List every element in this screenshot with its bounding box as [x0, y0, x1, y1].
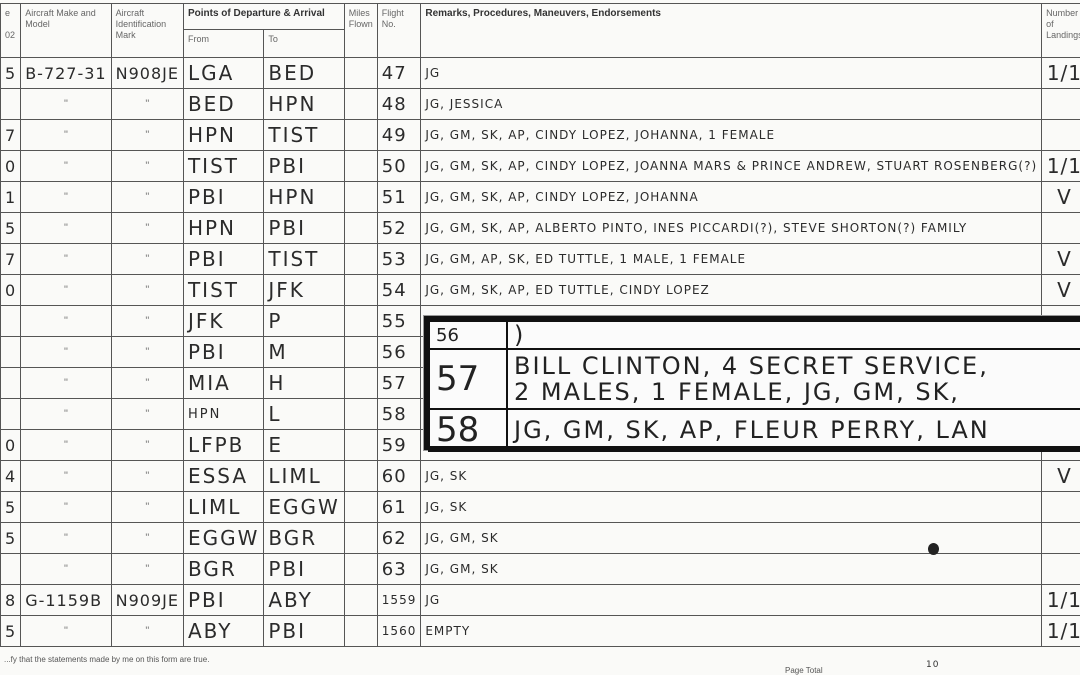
date-cell: 4 — [1, 461, 21, 492]
flight-no-cell: 56 — [377, 337, 421, 368]
date-cell: 1 — [1, 182, 21, 213]
mark-cell: " — [111, 430, 183, 461]
to-cell: HPN — [264, 89, 344, 120]
to-cell: PBI — [264, 616, 344, 647]
remarks-cell: JG, GM, SK, AP, CINDY LOPEZ, JOHANNA, 1 … — [421, 120, 1042, 151]
from-cell: PBI — [183, 585, 263, 616]
date-cell: 5 — [1, 213, 21, 244]
miles-cell — [344, 306, 377, 337]
make-cell: " — [21, 306, 111, 337]
make-cell: " — [21, 461, 111, 492]
landings-cell — [1042, 492, 1080, 523]
to-cell: TIST — [264, 120, 344, 151]
inset-table: 56 ) 57 BILL CLINTON, 4 SECRET SERVICE, … — [428, 320, 1080, 452]
make-cell: " — [21, 368, 111, 399]
log-row: " " BGR PBI 63 JG, GM, SK 3 5 — [1, 554, 1080, 585]
to-cell: H — [264, 368, 344, 399]
mark-cell: N909JE — [111, 585, 183, 616]
miles-cell — [344, 399, 377, 430]
flight-no-cell: 58 — [377, 399, 421, 430]
inset-flight-no: 56 — [429, 321, 507, 349]
aircraft-make-header: Aircraft Make and Model — [21, 4, 111, 58]
flight-no-header: Flight No. — [377, 4, 421, 58]
mark-cell: " — [111, 89, 183, 120]
log-row: 0 " " TIST JFK 54 JG, GM, SK, AP, ED TUT… — [1, 275, 1080, 306]
from-cell: HPN — [183, 120, 263, 151]
log-row: 7 " " PBI TIST 53 JG, GM, AP, SK, ED TUT… — [1, 244, 1080, 275]
page-total-landings: 10 — [926, 660, 939, 670]
flight-no-cell: 47 — [377, 58, 421, 89]
date-cell — [1, 306, 21, 337]
flight-no-cell: 1559 — [377, 585, 421, 616]
mark-cell: " — [111, 275, 183, 306]
landings-cell: V — [1042, 182, 1080, 213]
miles-cell — [344, 275, 377, 306]
landings-cell: V — [1042, 275, 1080, 306]
to-cell: LIML — [264, 461, 344, 492]
landings-header: Number of Landings — [1042, 4, 1080, 58]
landings-cell: 1/1 — [1042, 151, 1080, 182]
date-cell — [1, 399, 21, 430]
make-cell: " — [21, 337, 111, 368]
flight-no-cell: 51 — [377, 182, 421, 213]
inset-remarks: ) — [507, 321, 1080, 349]
miles-cell — [344, 89, 377, 120]
log-row: 0 " " TIST PBI 50 JG, GM, SK, AP, CINDY … — [1, 151, 1080, 182]
make-cell: " — [21, 89, 111, 120]
date-cell: 7 — [1, 244, 21, 275]
remarks-cell: JG, GM, SK — [421, 554, 1042, 585]
inset-row: 57 BILL CLINTON, 4 SECRET SERVICE, 2 MAL… — [429, 349, 1080, 409]
mark-cell: " — [111, 306, 183, 337]
date-cell: 8 — [1, 585, 21, 616]
flight-no-cell: 49 — [377, 120, 421, 151]
from-cell: PBI — [183, 337, 263, 368]
to-header: To — [264, 30, 344, 58]
from-cell: TIST — [183, 275, 263, 306]
log-row: 5 " " HPN PBI 52 JG, GM, SK, AP, ALBERTO… — [1, 213, 1080, 244]
make-cell: " — [21, 244, 111, 275]
make-cell: " — [21, 120, 111, 151]
from-cell: JFK — [183, 306, 263, 337]
remarks-cell: JG, GM, SK — [421, 523, 1042, 554]
make-cell: " — [21, 399, 111, 430]
from-cell: TIST — [183, 151, 263, 182]
landings-cell: 1/1 — [1042, 616, 1080, 647]
miles-cell — [344, 58, 377, 89]
certification-statement: ...fy that the statements made by me on … — [4, 655, 209, 664]
flight-no-cell: 61 — [377, 492, 421, 523]
mark-cell: " — [111, 182, 183, 213]
to-cell: M — [264, 337, 344, 368]
mark-cell: " — [111, 337, 183, 368]
flight-no-cell: 55 — [377, 306, 421, 337]
mark-cell: N908JE — [111, 58, 183, 89]
flight-no-cell: 62 — [377, 523, 421, 554]
date-cell: 7 — [1, 120, 21, 151]
make-cell: " — [21, 275, 111, 306]
date-cell — [1, 368, 21, 399]
miles-cell — [344, 120, 377, 151]
miles-cell — [344, 430, 377, 461]
inset-row: 56 ) — [429, 321, 1080, 349]
flight-no-cell: 52 — [377, 213, 421, 244]
landings-cell: 1/1 — [1042, 585, 1080, 616]
date-header: e02 — [1, 4, 21, 58]
from-cell: ABY — [183, 616, 263, 647]
miles-cell — [344, 492, 377, 523]
inset-remarks: BILL CLINTON, 4 SECRET SERVICE, 2 MALES,… — [507, 349, 1080, 409]
from-cell: LGA — [183, 58, 263, 89]
ink-blot — [928, 543, 939, 555]
to-cell: ABY — [264, 585, 344, 616]
log-row: 8 G-1159B N909JE PBI ABY 1559 JG 1/1 1 4 — [1, 585, 1080, 616]
remarks-cell: JG, SK — [421, 461, 1042, 492]
miles-cell — [344, 616, 377, 647]
points-header: Points of Departure & Arrival — [183, 4, 344, 30]
from-cell: LFPB — [183, 430, 263, 461]
remarks-cell: JG — [421, 585, 1042, 616]
from-cell: PBI — [183, 244, 263, 275]
to-cell: PBI — [264, 554, 344, 585]
flight-no-cell: 50 — [377, 151, 421, 182]
to-cell: L — [264, 399, 344, 430]
remarks-cell: JG, SK — [421, 492, 1042, 523]
miles-cell — [344, 461, 377, 492]
magnified-inset: 56 ) 57 BILL CLINTON, 4 SECRET SERVICE, … — [424, 316, 1080, 450]
make-cell: " — [21, 151, 111, 182]
from-cell: LIML — [183, 492, 263, 523]
to-cell: BED — [264, 58, 344, 89]
mark-cell: " — [111, 151, 183, 182]
flight-no-cell: 60 — [377, 461, 421, 492]
make-cell: " — [21, 616, 111, 647]
remarks-cell: JG, GM, SK, AP, ED TUTTLE, CINDY LOPEZ — [421, 275, 1042, 306]
date-cell — [1, 89, 21, 120]
mark-cell: " — [111, 461, 183, 492]
landings-cell — [1042, 213, 1080, 244]
landings-cell — [1042, 554, 1080, 585]
to-cell: EGGW — [264, 492, 344, 523]
mark-cell: " — [111, 213, 183, 244]
mark-cell: " — [111, 244, 183, 275]
to-cell: PBI — [264, 213, 344, 244]
make-cell: B-727-31 — [21, 58, 111, 89]
to-cell: TIST — [264, 244, 344, 275]
make-cell: " — [21, 182, 111, 213]
remarks-cell: JG, GM, SK, AP, ALBERTO PINTO, INES PICC… — [421, 213, 1042, 244]
make-cell: G-1159B — [21, 585, 111, 616]
mark-cell: " — [111, 120, 183, 151]
miles-cell — [344, 368, 377, 399]
from-cell: HPN — [183, 399, 263, 430]
log-row: 5 " " LIML EGGW 61 JG, SK 1 8 — [1, 492, 1080, 523]
log-row: " " BED HPN 48 JG, JESSICA S — [1, 89, 1080, 120]
to-cell: PBI — [264, 151, 344, 182]
miles-cell — [344, 213, 377, 244]
miles-cell — [344, 182, 377, 213]
make-cell: " — [21, 213, 111, 244]
to-cell: P — [264, 306, 344, 337]
from-cell: PBI — [183, 182, 263, 213]
miles-cell — [344, 554, 377, 585]
to-cell: BGR — [264, 523, 344, 554]
mark-cell: " — [111, 399, 183, 430]
date-cell: 5 — [1, 616, 21, 647]
flight-no-cell: 1560 — [377, 616, 421, 647]
make-cell: " — [21, 430, 111, 461]
remarks-header: Remarks, Procedures, Maneuvers, Endorsem… — [421, 4, 1042, 58]
inset-flight-no: 58 — [429, 409, 507, 451]
flight-no-cell: 63 — [377, 554, 421, 585]
from-header: From — [183, 30, 263, 58]
miles-cell — [344, 244, 377, 275]
date-cell: 5 — [1, 492, 21, 523]
date-cell — [1, 554, 21, 585]
from-cell: HPN — [183, 213, 263, 244]
make-cell: " — [21, 523, 111, 554]
date-cell: 0 — [1, 151, 21, 182]
log-row: 4 " " ESSA LIML 60 JG, SK V 2 4 — [1, 461, 1080, 492]
flight-no-cell: 59 — [377, 430, 421, 461]
miles-cell — [344, 585, 377, 616]
flight-no-cell: 57 — [377, 368, 421, 399]
mark-cell: " — [111, 523, 183, 554]
flight-no-cell: 54 — [377, 275, 421, 306]
from-cell: MIA — [183, 368, 263, 399]
log-row: 1 " " PBI HPN 51 JG, GM, SK, AP, CINDY L… — [1, 182, 1080, 213]
log-row: 5 " " ABY PBI 1560 EMPTY 1/1 1 1 — [1, 616, 1080, 647]
mark-cell: " — [111, 368, 183, 399]
miles-flown-header: Miles Flown — [344, 4, 377, 58]
flight-no-cell: 48 — [377, 89, 421, 120]
mark-cell: " — [111, 554, 183, 585]
date-cell: 0 — [1, 275, 21, 306]
remarks-cell: JG, GM, AP, SK, ED TUTTLE, 1 MALE, 1 FEM… — [421, 244, 1042, 275]
inset-row: 58 JG, GM, SK, AP, FLEUR PERRY, LAN — [429, 409, 1080, 451]
inset-remarks-line1: BILL CLINTON, 4 SECRET SERVICE, — [514, 353, 1080, 379]
log-row: 5 B-727-31 N908JE LGA BED 47 JG 1/1 — [1, 58, 1080, 89]
from-cell: BED — [183, 89, 263, 120]
inset-flight-no: 57 — [429, 349, 507, 409]
landings-cell — [1042, 89, 1080, 120]
remarks-cell: EMPTY — [421, 616, 1042, 647]
date-cell: 5 — [1, 58, 21, 89]
remarks-cell: JG, GM, SK, AP, CINDY LOPEZ, JOANNA MARS… — [421, 151, 1042, 182]
to-cell: JFK — [264, 275, 344, 306]
to-cell: E — [264, 430, 344, 461]
from-cell: ESSA — [183, 461, 263, 492]
landings-cell: V — [1042, 244, 1080, 275]
landings-cell — [1042, 523, 1080, 554]
aircraft-mark-header: Aircraft Identification Mark — [111, 4, 183, 58]
inset-remarks-line2: 2 MALES, 1 FEMALE, JG, GM, SK, — [514, 379, 1080, 405]
make-cell: " — [21, 492, 111, 523]
make-cell: " — [21, 554, 111, 585]
log-row: 7 " " HPN TIST 49 JG, GM, SK, AP, CINDY … — [1, 120, 1080, 151]
from-cell: BGR — [183, 554, 263, 585]
mark-cell: " — [111, 492, 183, 523]
mark-cell: " — [111, 616, 183, 647]
landings-cell — [1042, 120, 1080, 151]
date-cell: 5 — [1, 523, 21, 554]
remarks-cell: JG — [421, 58, 1042, 89]
date-cell: 0 — [1, 430, 21, 461]
from-cell: EGGW — [183, 523, 263, 554]
page-total-label: Page Total — [785, 666, 823, 675]
flight-no-cell: 53 — [377, 244, 421, 275]
date-cell — [1, 337, 21, 368]
header-row-1: e02 Aircraft Make and Model Aircraft Ide… — [1, 4, 1080, 30]
miles-cell — [344, 151, 377, 182]
remarks-cell: JG, GM, SK, AP, CINDY LOPEZ, JOHANNA — [421, 182, 1042, 213]
to-cell: HPN — [264, 182, 344, 213]
landings-cell: 1/1 — [1042, 58, 1080, 89]
log-row: 5 " " EGGW BGR 62 JG, GM, SK 7 2 — [1, 523, 1080, 554]
inset-remarks: JG, GM, SK, AP, FLEUR PERRY, LAN — [507, 409, 1080, 451]
landings-cell: V — [1042, 461, 1080, 492]
miles-cell — [344, 337, 377, 368]
remarks-cell: JG, JESSICA — [421, 89, 1042, 120]
miles-cell — [344, 523, 377, 554]
flight-log-page: e02 Aircraft Make and Model Aircraft Ide… — [0, 0, 1080, 675]
